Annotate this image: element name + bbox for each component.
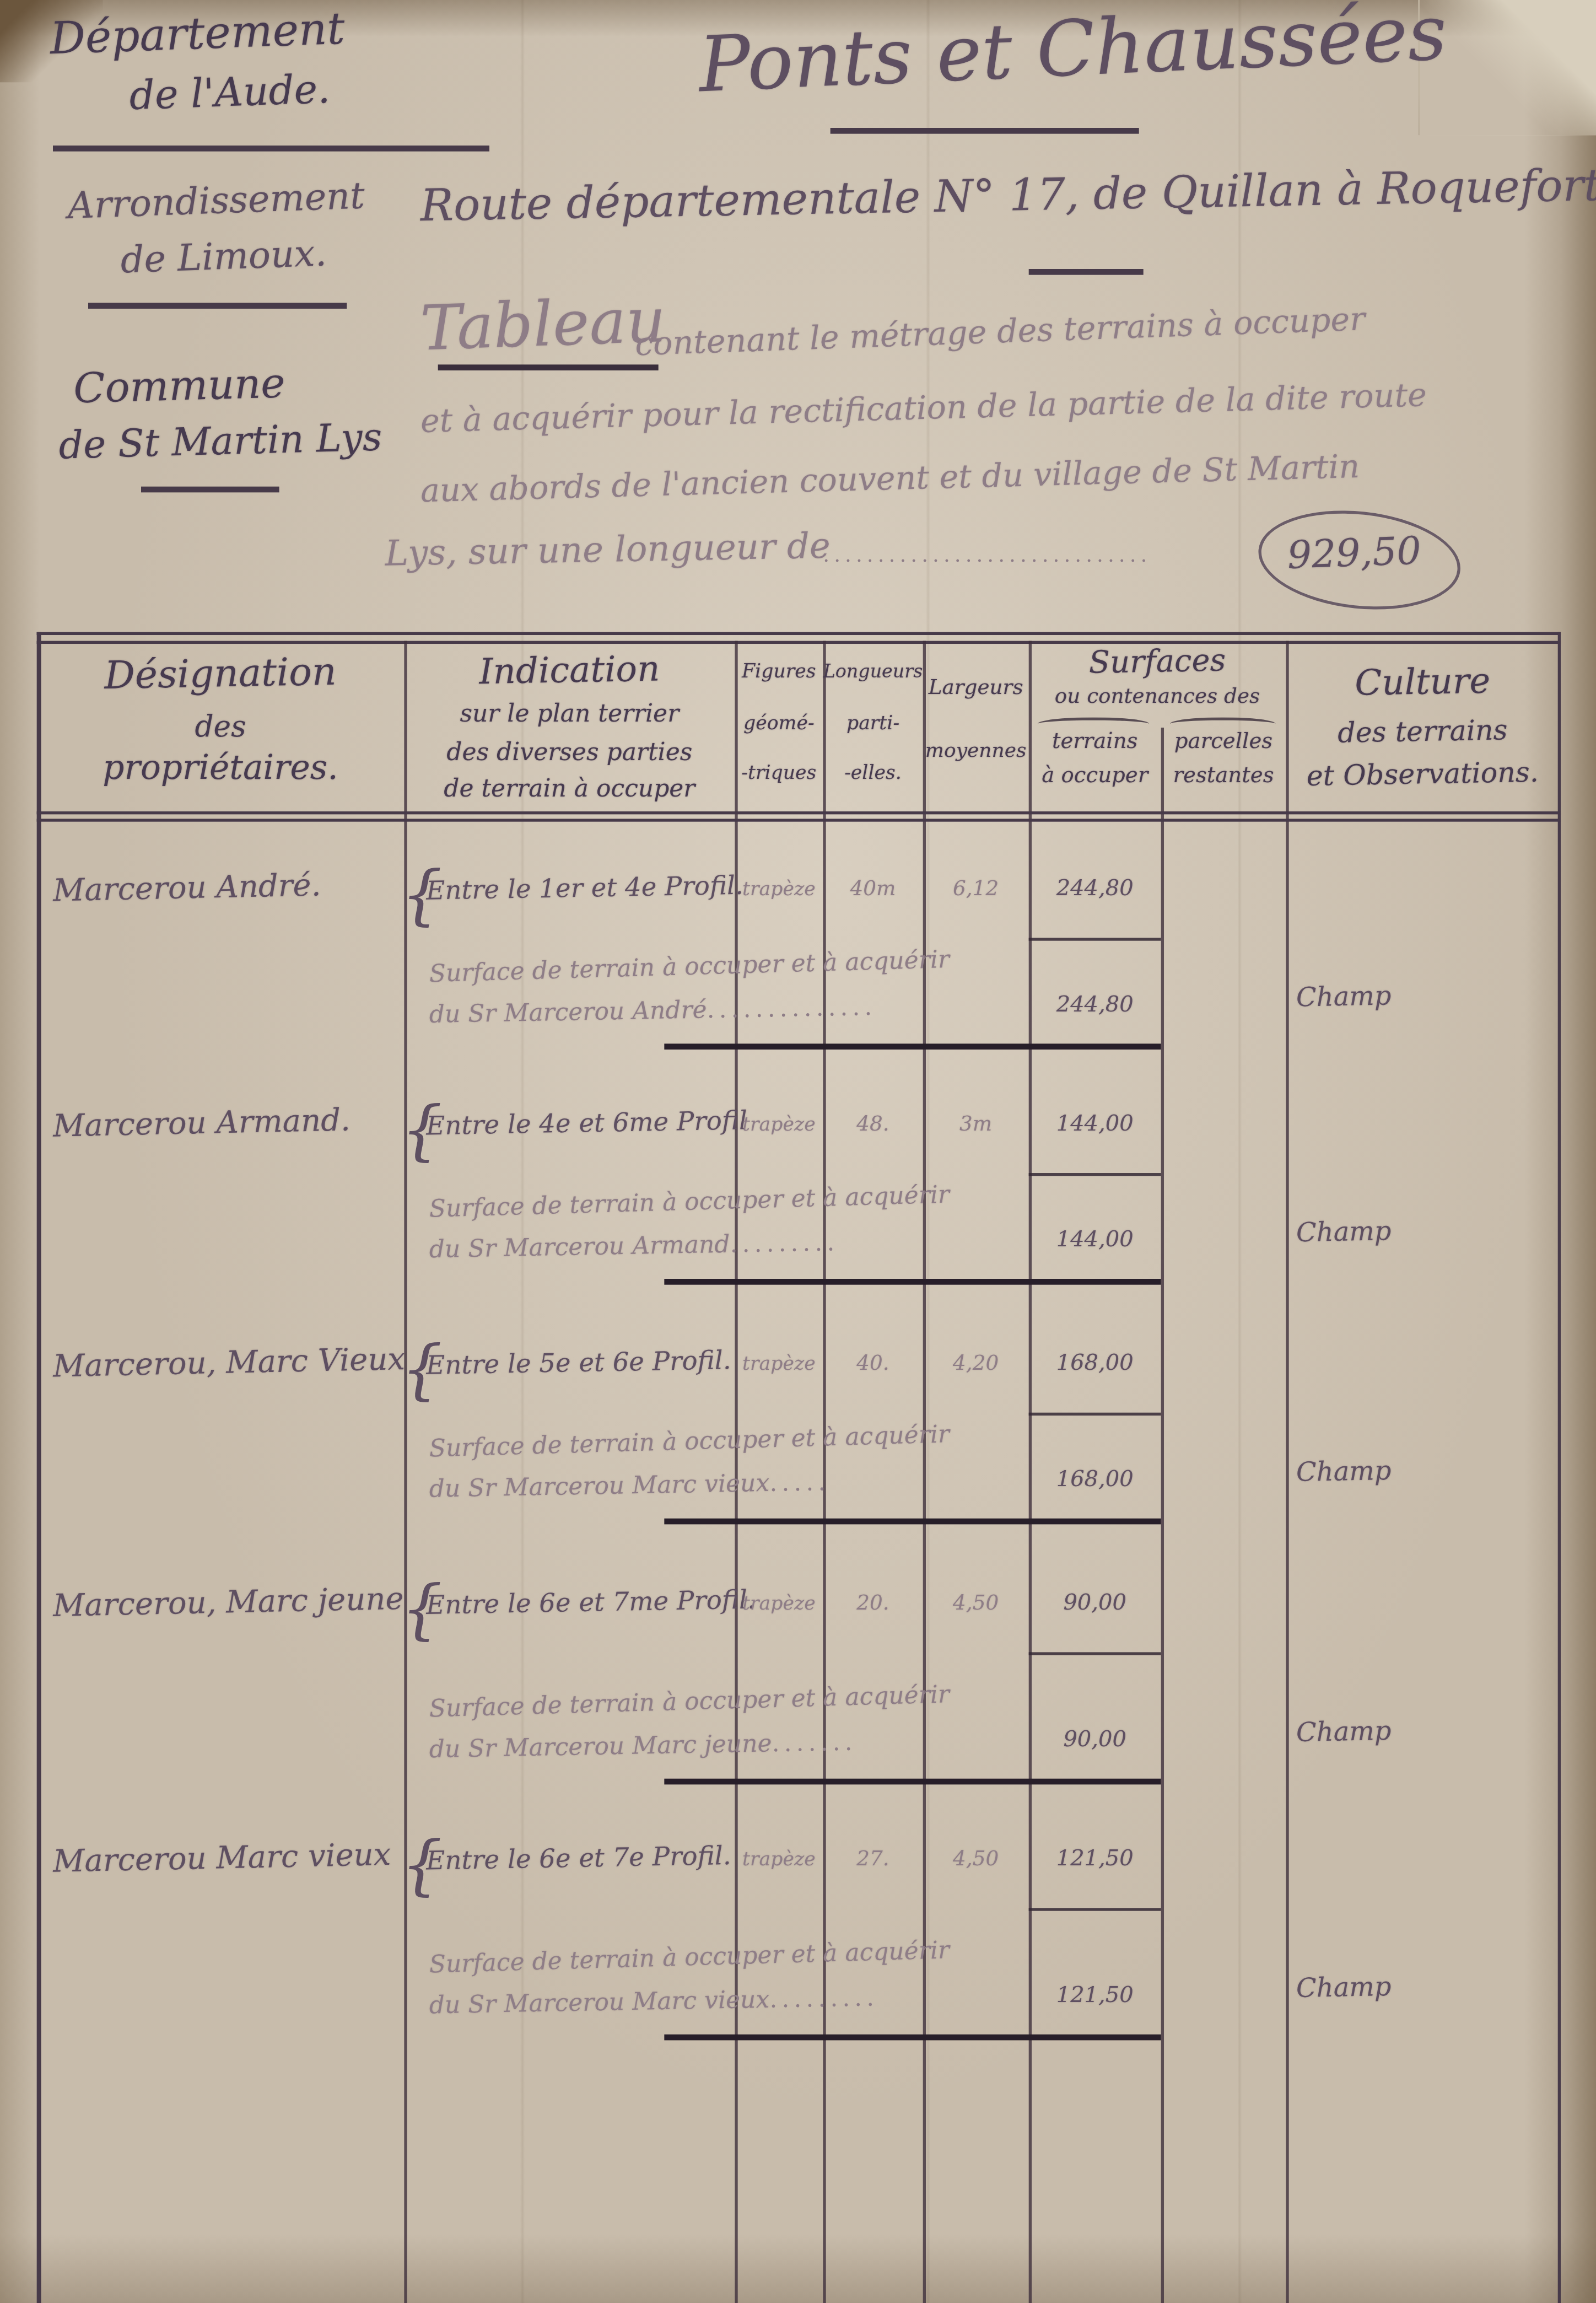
table-row: Marcerou, Marc Vieux { Entre le 5e et 6e… xyxy=(0,1345,1596,1580)
row-largeur: 4,50 xyxy=(923,1848,1029,1871)
culture-value: Champ xyxy=(1296,981,1392,1014)
survey-table: Désignation des propriétaires. Indicatio… xyxy=(0,0,1596,2303)
subtotal-rule xyxy=(664,1279,1161,1284)
row-longueur: 20. xyxy=(823,1592,923,1616)
header-terrains-1: terrains xyxy=(1029,730,1161,754)
subtotal-line: du Sr Marcerou Marc vieux..... xyxy=(429,1468,830,1503)
row-longueur: 48. xyxy=(823,1113,923,1137)
row-indication: Entre le 1er et 4e Profil. xyxy=(426,872,743,907)
row-indication: Entre le 5e et 6e Profil. xyxy=(426,1347,731,1381)
header-designation-3: propriétaires. xyxy=(37,750,405,788)
header-terrains-2: à occuper xyxy=(1029,765,1161,788)
surface-box-line xyxy=(1029,1413,1161,1416)
row-largeur: 4,20 xyxy=(923,1352,1029,1376)
subtotal-owner: du Sr Marcerou Marc vieux xyxy=(429,1469,769,1503)
subtotal-value: 244,80 xyxy=(1029,991,1161,1017)
header-culture-3: et Observations. xyxy=(1286,756,1560,793)
header-figures-2: géomé- xyxy=(735,713,823,735)
owner-name: Marcerou, Marc jeune xyxy=(52,1581,404,1623)
surface-box-line xyxy=(1029,1908,1161,1911)
surfaces-brace-left xyxy=(1038,717,1150,730)
header-surfaces-group-2: ou contenances des xyxy=(1029,685,1286,709)
header-longueurs-3: -elles. xyxy=(823,763,923,785)
culture-value: Champ xyxy=(1296,1716,1392,1748)
row-longueur: 40m xyxy=(823,878,923,901)
header-bottom-line1 xyxy=(37,811,1561,814)
leader-dots: ..... xyxy=(769,1468,831,1497)
subtotal-label: Surface de terrain à occuper et à acquér… xyxy=(429,1936,950,1978)
row-figure: trapèze xyxy=(735,879,823,901)
subtotal-label: Surface de terrain à occuper et à acquér… xyxy=(429,1680,950,1723)
row-surface: 90,00 xyxy=(1029,1589,1161,1616)
header-largeurs-1: Largeurs xyxy=(923,676,1029,700)
subtotal-rule xyxy=(664,1043,1161,1048)
subtotal-label: Surface de terrain à occuper et à acquér… xyxy=(429,1181,950,1223)
header-largeurs-2: moyennes xyxy=(923,739,1029,763)
header-figures-3: -triques xyxy=(735,763,823,785)
header-parcelles-2: restantes xyxy=(1161,765,1286,788)
leader-dots: ......... xyxy=(769,1983,879,2013)
subtotal-rule xyxy=(664,1519,1161,1524)
subtotal-line: du Sr Marcerou Marc vieux......... xyxy=(429,1983,878,2019)
row-surface: 144,00 xyxy=(1029,1110,1161,1136)
row-indication: Entre le 6e et 7me Profil. xyxy=(426,1586,756,1621)
row-largeur: 4,50 xyxy=(923,1592,1029,1616)
header-figures-1: Figures xyxy=(735,661,823,684)
row-largeur: 6,12 xyxy=(923,878,1029,901)
subtotal-line: du Sr Marcerou André.............. xyxy=(429,993,876,1029)
owner-name: Marcerou Marc vieux xyxy=(52,1837,391,1879)
subtotal-line: du Sr Marcerou Armand......... xyxy=(429,1228,839,1263)
row-longueur: 27. xyxy=(823,1848,923,1871)
surface-box-line xyxy=(1029,938,1161,940)
leader-dots: ....... xyxy=(772,1728,857,1757)
subtotal-value: 90,00 xyxy=(1029,1726,1161,1752)
header-surfaces-group-1: Surfaces xyxy=(1028,642,1286,681)
table-row: Marcerou Marc vieux { Entre le 6e et 7e … xyxy=(0,1841,1596,2076)
subtotal-label: Surface de terrain à occuper et à acquér… xyxy=(429,945,950,988)
surface-box-line xyxy=(1029,1652,1161,1655)
table-row: Marcerou, Marc jeune { Entre le 6e et 7m… xyxy=(0,1585,1596,1820)
table-row: Marcerou Armand. { Entre le 4e et 6me Pr… xyxy=(0,1105,1596,1341)
row-figure: trapèze xyxy=(735,1354,823,1376)
subtotal-rule xyxy=(664,1779,1161,1784)
row-surface: 121,50 xyxy=(1029,1845,1161,1871)
header-longueurs-1: Longueurs xyxy=(823,660,923,682)
table-top-line xyxy=(37,632,1561,635)
row-longueur: 40. xyxy=(823,1352,923,1376)
row-largeur: 3m xyxy=(923,1113,1029,1137)
subtotal-value: 121,50 xyxy=(1029,1982,1161,2008)
leader-dots: ......... xyxy=(730,1228,839,1258)
subtotal-owner: du Sr Marcerou Marc vieux xyxy=(429,1985,769,2019)
subtotal-owner: du Sr Marcerou André xyxy=(429,996,707,1028)
owner-name: Marcerou André. xyxy=(52,868,321,908)
row-figure: trapèze xyxy=(735,1594,823,1616)
subtotal-owner: du Sr Marcerou Armand xyxy=(429,1230,730,1263)
header-indication-2: sur le plan terrier xyxy=(404,699,735,728)
header-bottom-line2 xyxy=(37,819,1561,821)
surface-box-line xyxy=(1029,1173,1161,1176)
table-top-line2 xyxy=(37,640,1561,644)
header-indication-4: de terrain à occuper xyxy=(404,774,735,803)
table-row: Marcerou André. { Entre le 1er et 4e Pro… xyxy=(0,870,1596,1106)
subtotal-line: du Sr Marcerou Marc jeune....... xyxy=(429,1728,857,1763)
subtotal-value: 144,00 xyxy=(1029,1226,1161,1252)
document-page: Département de l'Aude. Ponts et Chaussée… xyxy=(0,0,1596,2303)
subtotal-rule xyxy=(664,2035,1161,2040)
leader-dots: .............. xyxy=(707,993,877,1024)
subtotal-owner: du Sr Marcerou Marc jeune xyxy=(429,1729,772,1763)
header-designation-1: Désignation xyxy=(36,649,405,700)
culture-value: Champ xyxy=(1296,1456,1392,1488)
row-surface: 244,80 xyxy=(1029,875,1161,901)
row-figure: trapèze xyxy=(735,1849,823,1871)
subtotal-label: Surface de terrain à occuper et à acquér… xyxy=(429,1420,950,1462)
header-parcelles-1: parcelles xyxy=(1161,730,1286,754)
surfaces-brace-right xyxy=(1170,717,1276,730)
row-indication: Entre le 6e et 7e Profil. xyxy=(426,1842,731,1877)
owner-name: Marcerou, Marc Vieux xyxy=(52,1341,405,1384)
header-longueurs-2: parti- xyxy=(823,713,923,735)
subtotal-value: 168,00 xyxy=(1029,1466,1161,1492)
header-designation-2: des xyxy=(37,708,405,744)
culture-value: Champ xyxy=(1296,1972,1392,2004)
header-indication-1: Indication xyxy=(404,647,735,693)
culture-value: Champ xyxy=(1296,1217,1392,1249)
row-figure: trapèze xyxy=(735,1114,823,1136)
owner-name: Marcerou Armand. xyxy=(52,1102,351,1144)
row-indication: Entre le 4e et 6me Profil xyxy=(426,1107,747,1142)
header-culture-1: Culture xyxy=(1286,659,1560,705)
header-culture-2: des terrains xyxy=(1286,713,1560,750)
header-indication-3: des diverses parties xyxy=(404,738,735,766)
row-surface: 168,00 xyxy=(1029,1349,1161,1376)
